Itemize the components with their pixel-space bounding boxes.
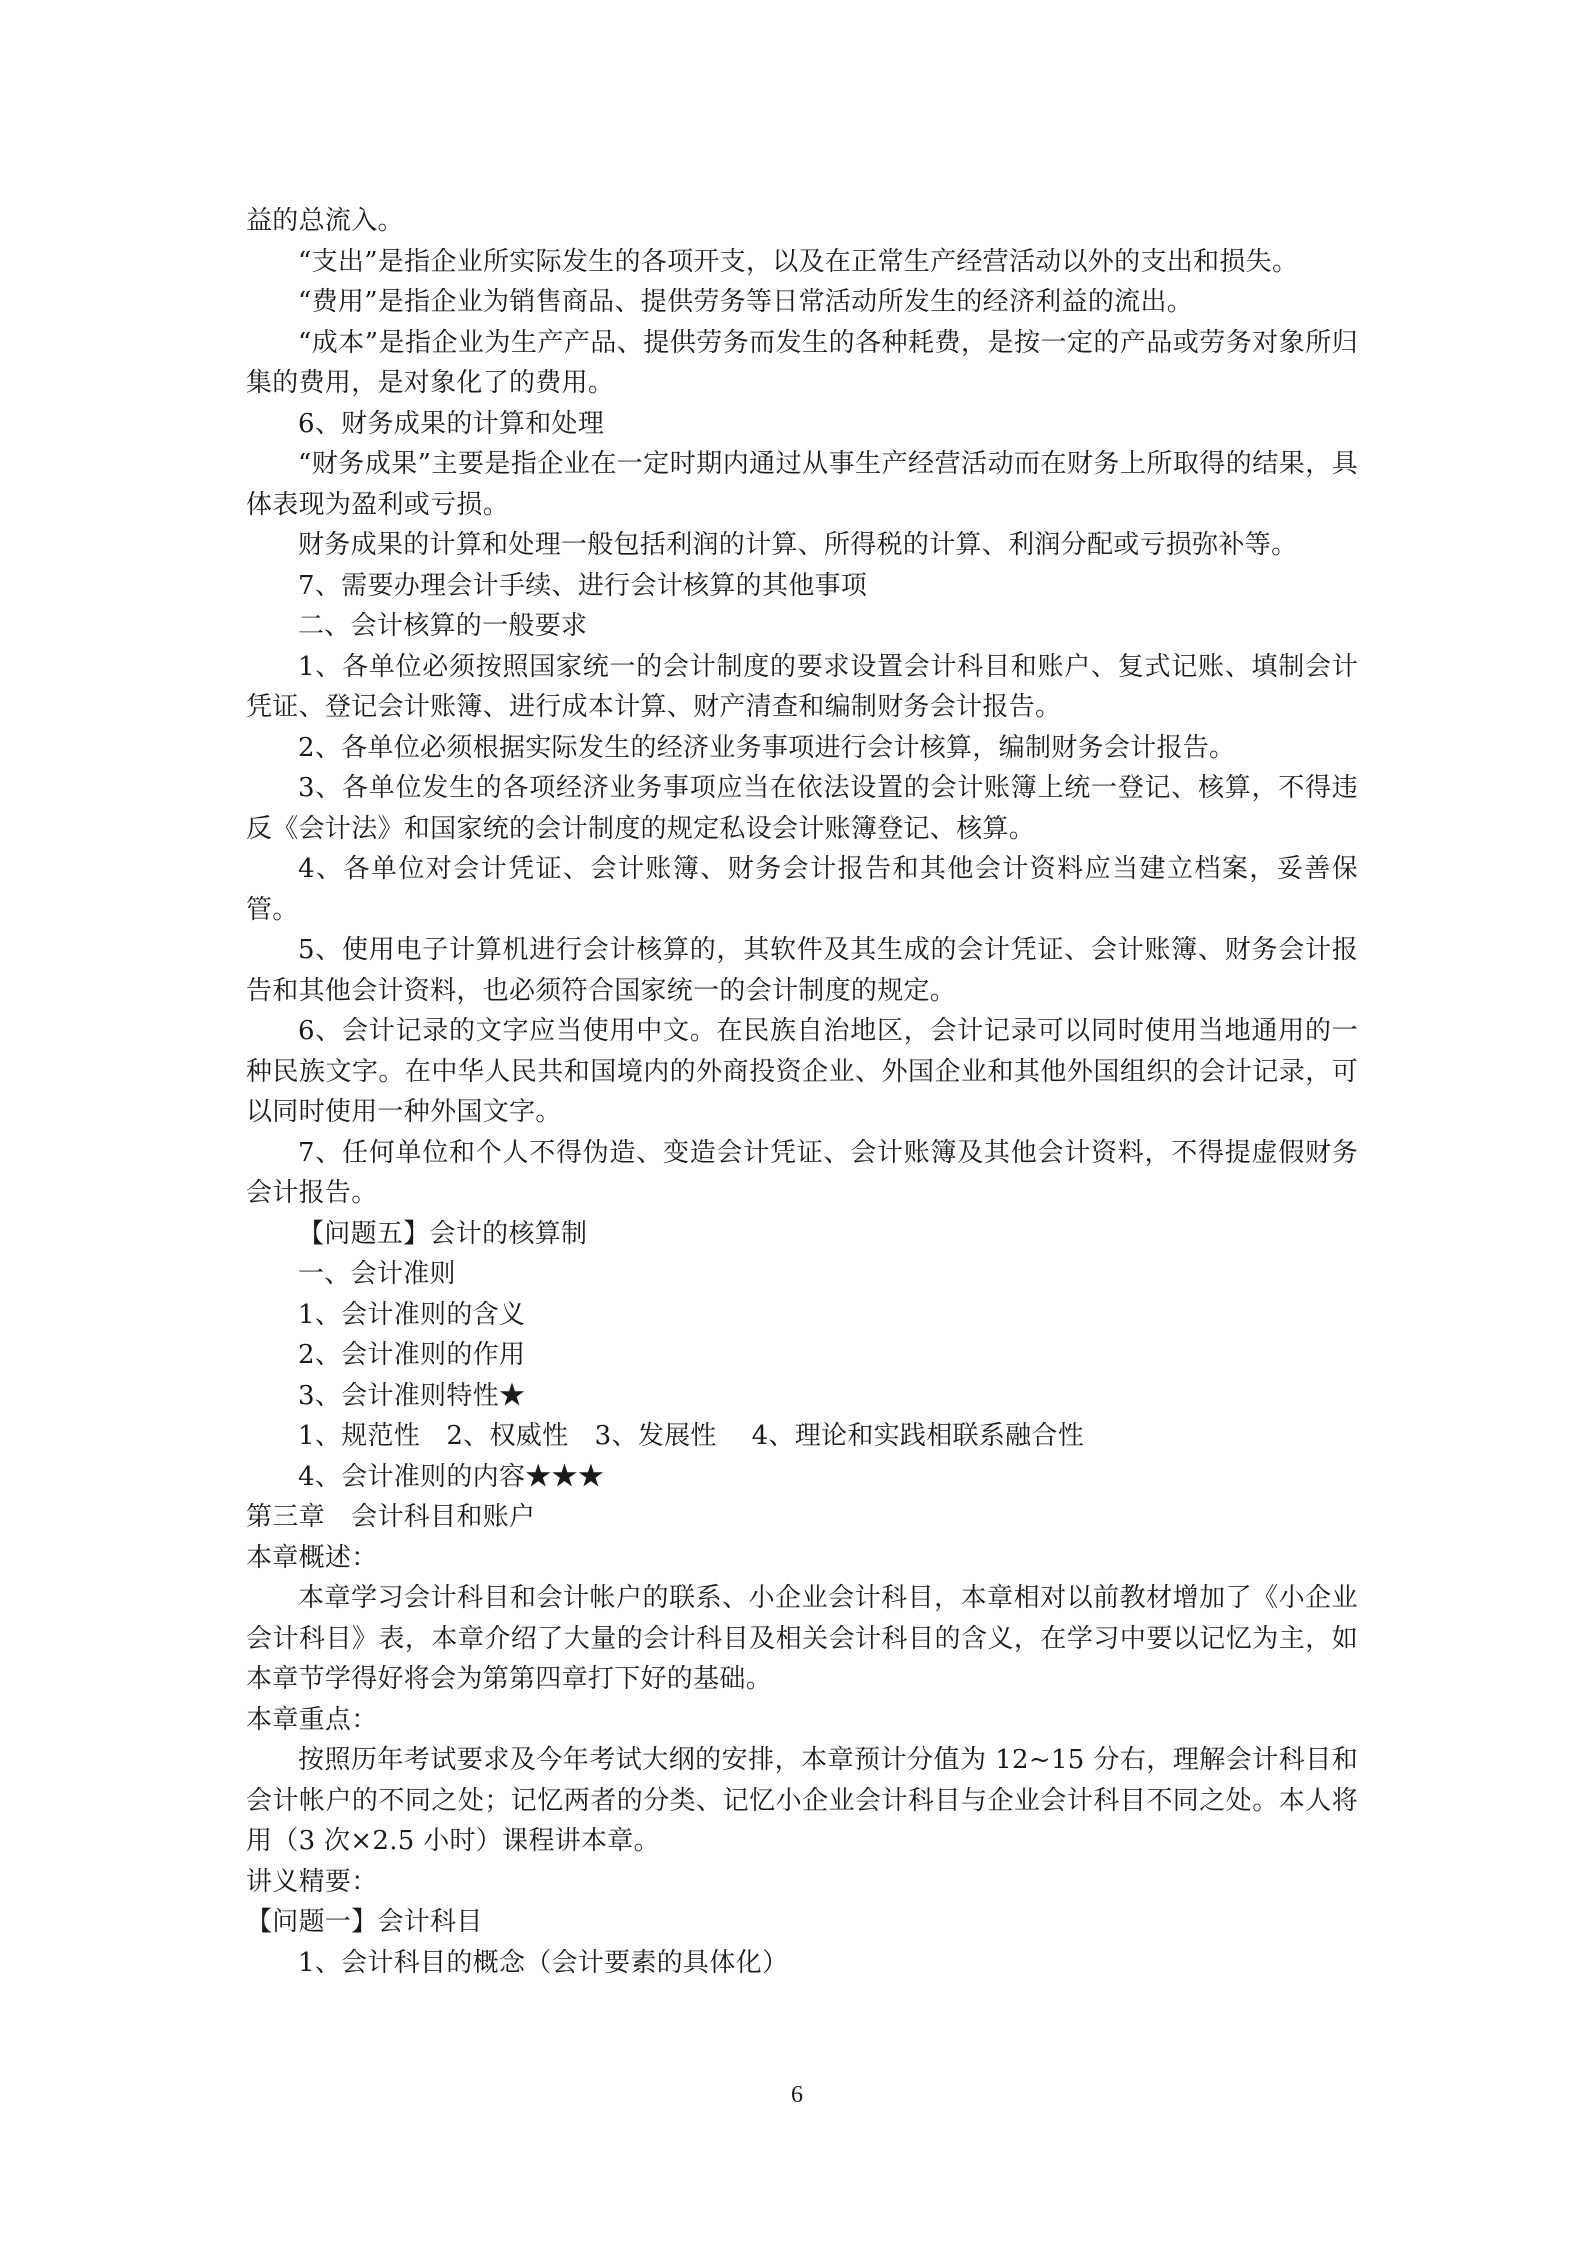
paragraph-definition-expense: “费用”是指企业为销售商品、提供劳务等日常活动所发生的经济利益的流出。 xyxy=(246,282,1358,323)
section-heading: 一、会计准则 xyxy=(246,1254,1358,1295)
list-item: 3、各单位发生的各项经济业务事项应当在依法设置的会计账簿上统一登记、核算，不得违… xyxy=(246,768,1358,849)
list-item: 4、各单位对会计凭证、会计账簿、财务会计报告和其他会计资料应当建立档案，妥善保管… xyxy=(246,849,1358,930)
list-item: 2、会计准则的作用 xyxy=(246,1335,1358,1376)
section-heading: 二、会计核算的一般要求 xyxy=(246,606,1358,647)
list-item: 1、会计准则的含义 xyxy=(246,1295,1358,1336)
paragraph-overview: 本章学习会计科目和会计帐户的联系、小企业会计科目，本章相对以前教材增加了《小企业… xyxy=(246,1578,1358,1700)
list-item: 3、会计准则特性★ xyxy=(246,1376,1358,1417)
question-heading: 【问题五】会计的核算制 xyxy=(246,1214,1358,1255)
paragraph-definition-cost: “成本”是指企业为生产产品、提供劳务而发生的各种耗费，是按一定的产品或劳务对象所… xyxy=(246,323,1358,404)
paragraph-definition-expenditure: “支出”是指企业所实际发生的各项开支，以及在正常生产经营活动以外的支出和损失。 xyxy=(246,242,1358,283)
list-item: 2、各单位必须根据实际发生的经济业务事项进行会计核算，编制财务会计报告。 xyxy=(246,728,1358,769)
list-item: 1、会计科目的概念（会计要素的具体化） xyxy=(246,1943,1358,1984)
list-item: 7、任何单位和个人不得伪造、变造会计凭证、会计账簿及其他会计资料，不得提虚假财务… xyxy=(246,1133,1358,1214)
list-item: 6、会计记录的文字应当使用中文。在民族自治地区，会计记录可以同时使用当地通用的一… xyxy=(246,1011,1358,1133)
list-item-heading: 7、需要办理会计手续、进行会计核算的其他事项 xyxy=(246,566,1358,607)
list-item: 5、使用电子计算机进行会计核算的，其软件及其生成的会计凭证、会计账簿、财务会计报… xyxy=(246,930,1358,1011)
page-number: 6 xyxy=(0,2082,1594,2109)
list-item: 1、各单位必须按照国家统一的会计制度的要求设置会计科目和账户、复式记账、填制会计… xyxy=(246,647,1358,728)
question-heading: 【问题一】会计科目 xyxy=(246,1902,1358,1943)
subheading-key-points: 本章重点： xyxy=(246,1700,1358,1741)
chapter-heading: 第三章 会计科目和账户 xyxy=(246,1497,1358,1538)
subheading-overview: 本章概述： xyxy=(246,1538,1358,1579)
list-item: 4、会计准则的内容★★★ xyxy=(246,1457,1358,1498)
paragraph-continuation: 益的总流入。 xyxy=(246,201,1358,242)
page-body: 益的总流入。 “支出”是指企业所实际发生的各项开支，以及在正常生产经营活动以外的… xyxy=(246,201,1358,1983)
paragraph: 财务成果的计算和处理一般包括利润的计算、所得税的计算、利润分配或亏损弥补等。 xyxy=(246,525,1358,566)
list-item-heading: 6、财务成果的计算和处理 xyxy=(246,404,1358,445)
subheading-lecture-notes: 讲义精要： xyxy=(246,1862,1358,1903)
paragraph-key-points: 按照历年考试要求及今年考试大纲的安排，本章预计分值为 12~15 分右，理解会计… xyxy=(246,1740,1358,1862)
document-page: 益的总流入。 “支出”是指企业所实际发生的各项开支，以及在正常生产经营活动以外的… xyxy=(0,0,1594,2252)
list-item-properties: 1、规范性 2、权威性 3、发展性 4、理论和实践相联系融合性 xyxy=(246,1416,1358,1457)
paragraph-financial-results: “财务成果”主要是指企业在一定时期内通过从事生产经营活动而在财务上所取得的结果，… xyxy=(246,444,1358,525)
